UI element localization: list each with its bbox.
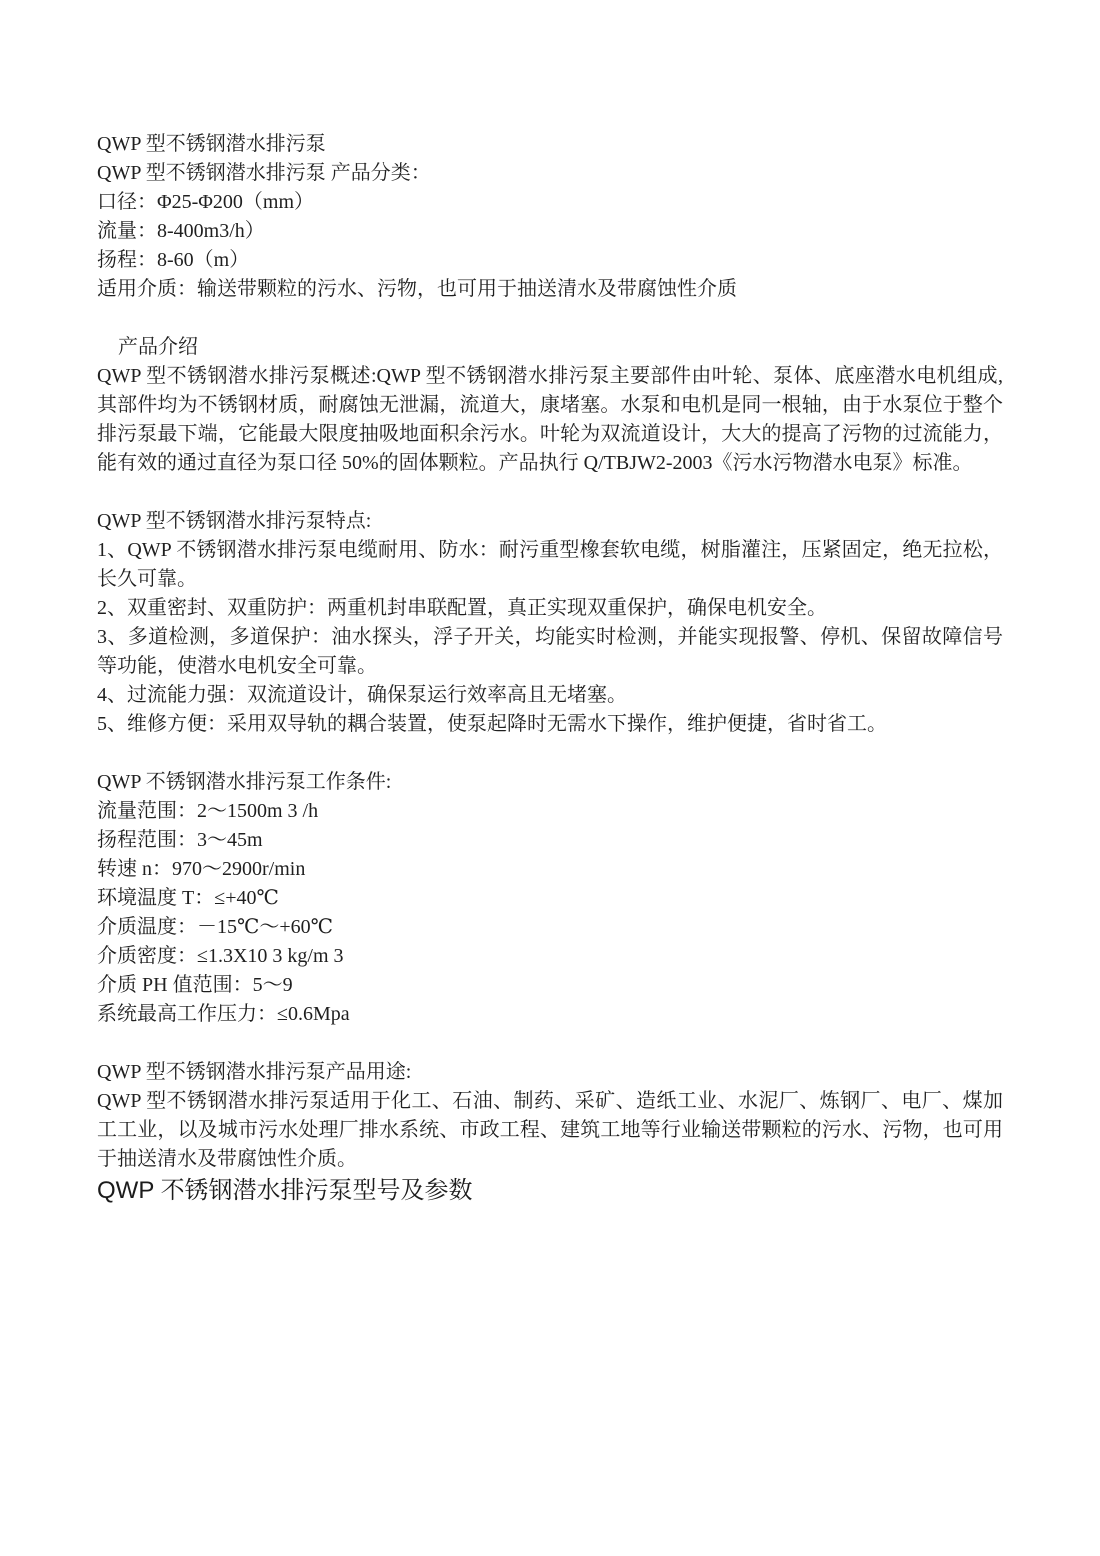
feature-item: 3、多道检测，多道保护：油水探头，浮子开关，均能实时检测，并能实现报警、停机、保…	[97, 623, 1003, 681]
condition-item-media-temp: 介质温度：－15℃～+60℃	[97, 913, 1003, 942]
features-heading: QWP 型不锈钢潜水排污泵特点:	[97, 507, 1003, 536]
condition-item-speed: 转速 n：970～2900r/min	[97, 855, 1003, 884]
conditions-block: QWP 不锈钢潜水排污泵工作条件: 流量范围：2～1500m 3 /h 扬程范围…	[97, 768, 1003, 1029]
intro-paragraph: QWP 型不锈钢潜水排污泵概述:QWP 型不锈钢潜水排污泵主要部件由叶轮、泵体、…	[97, 362, 1003, 478]
intro-block: 产品介绍 QWP 型不锈钢潜水排污泵概述:QWP 型不锈钢潜水排污泵主要部件由叶…	[97, 333, 1003, 478]
condition-item-media-density: 介质密度：≤1.3X10 3 kg/m 3	[97, 942, 1003, 971]
document-content: QWP 型不锈钢潜水排污泵 QWP 型不锈钢潜水排污泵 产品分类： 口径：Φ25…	[97, 130, 1003, 1235]
spec-line-head: 扬程：8-60（m）	[97, 246, 1003, 275]
condition-item-head-range: 扬程范围：3～45m	[97, 826, 1003, 855]
features-block: QWP 型不锈钢潜水排污泵特点: 1、QWP 不锈钢潜水排污泵电缆耐用、防水：耐…	[97, 507, 1003, 739]
feature-item: 2、双重密封、双重防护：两重机封串联配置，真正实现双重保护，确保电机安全。	[97, 594, 1003, 623]
document-page: QWP 型不锈钢潜水排污泵 QWP 型不锈钢潜水排污泵 产品分类： 口径：Φ25…	[0, 0, 1100, 1556]
footer-title: QWP 不锈钢潜水排污泵型号及参数	[97, 1174, 1003, 1206]
spec-line-flow: 流量：8-400m3/h）	[97, 217, 1003, 246]
spec-line-media: 适用介质：输送带颗粒的污水、污物，也可用于抽送清水及带腐蚀性介质	[97, 275, 1003, 304]
feature-item: 5、维修方便：采用双导轨的耦合装置，使泵起降时无需水下操作，维护便捷，省时省工。	[97, 710, 1003, 739]
product-header-block: QWP 型不锈钢潜水排污泵 QWP 型不锈钢潜水排污泵 产品分类： 口径：Φ25…	[97, 130, 1003, 304]
intro-heading: 产品介绍	[97, 333, 1003, 362]
spec-line-diameter: 口径：Φ25-Φ200（mm）	[97, 188, 1003, 217]
feature-item: 1、QWP 不锈钢潜水排污泵电缆耐用、防水：耐污重型橡套软电缆，树脂灌注，压紧固…	[97, 536, 1003, 594]
applications-paragraph: QWP 型不锈钢潜水排污泵适用于化工、石油、制药、采矿、造纸工业、水泥厂、炼钢厂…	[97, 1087, 1003, 1174]
product-classification-heading: QWP 型不锈钢潜水排污泵 产品分类：	[97, 159, 1003, 188]
condition-item-ambient-temp: 环境温度 T：≤+40℃	[97, 884, 1003, 913]
product-title: QWP 型不锈钢潜水排污泵	[97, 130, 1003, 159]
condition-item-flow-range: 流量范围：2～1500m 3 /h	[97, 797, 1003, 826]
condition-item-ph-range: 介质 PH 值范围：5～9	[97, 971, 1003, 1000]
feature-item: 4、过流能力强：双流道设计，确保泵运行效率高且无堵塞。	[97, 681, 1003, 710]
conditions-heading: QWP 不锈钢潜水排污泵工作条件:	[97, 768, 1003, 797]
applications-block: QWP 型不锈钢潜水排污泵产品用途: QWP 型不锈钢潜水排污泵适用于化工、石油…	[97, 1058, 1003, 1206]
condition-item-max-pressure: 系统最高工作压力：≤0.6Mpa	[97, 1000, 1003, 1029]
applications-heading: QWP 型不锈钢潜水排污泵产品用途:	[97, 1058, 1003, 1087]
